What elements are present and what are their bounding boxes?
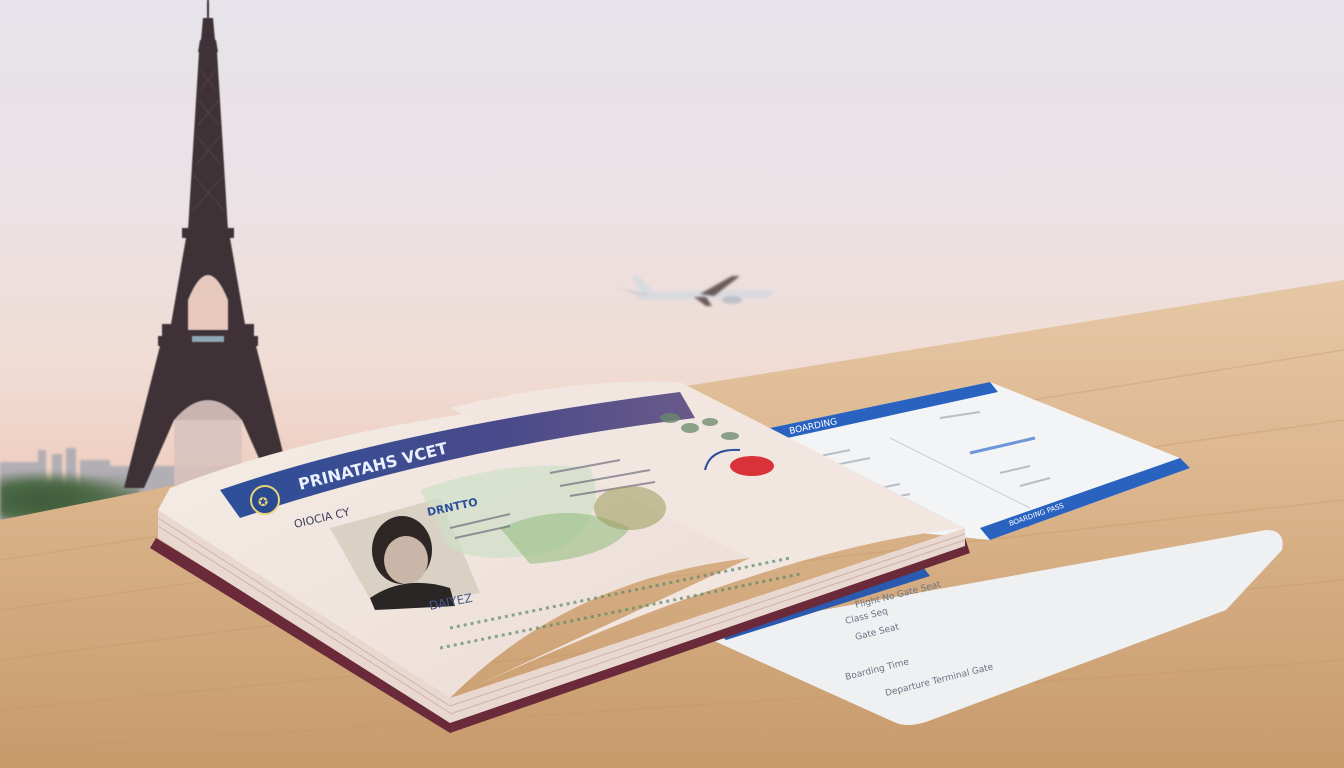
coat-of-arms-icon: [594, 486, 666, 530]
photo-scene: 1 0 0 Flight No Gate Seat Class Seq Gate…: [0, 0, 1344, 768]
open-passport: PRINATAHS VCET ✪ OIOCIA CY DRNTTO DAI: [150, 378, 980, 738]
red-seal-icon: [730, 456, 774, 476]
emblem-icon: ✪: [258, 495, 268, 509]
